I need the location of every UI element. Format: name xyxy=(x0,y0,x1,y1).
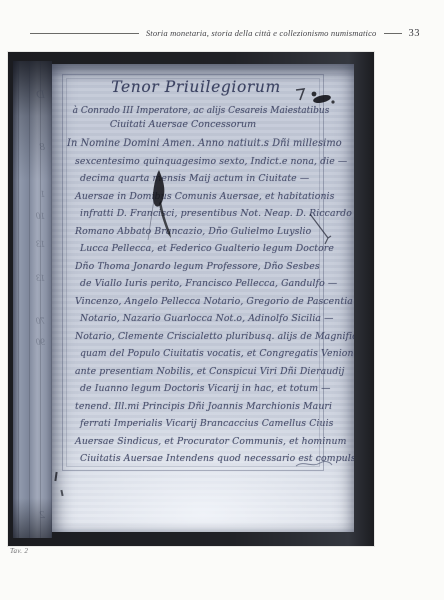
manuscript-line: Notario, Clemente Criscialetto pluribusq… xyxy=(75,328,348,346)
ink-blot-right-icon xyxy=(292,86,344,112)
manuscript-line: Notario, Nazario Guarlocca Not.o, Adinol… xyxy=(80,310,348,328)
plate-caption: Tav. 2 xyxy=(10,547,28,555)
running-header: Storia monetaria, storia della città e c… xyxy=(30,27,420,39)
manuscript-line: Auersae in Domibus Comunis Auersae, et h… xyxy=(75,188,348,206)
manuscript-line: de Iuanno legum Doctoris Vicarij in hac,… xyxy=(80,380,348,398)
manuscript-line: In Nomine Domini Amen. Anno natiuit.s Dñ… xyxy=(67,135,348,153)
gutter-mark: D xyxy=(15,87,45,102)
manuscript-plate-photo: D 8 1 10 13 13 70 90 2 Tenor Priuilegior… xyxy=(8,52,374,546)
gutter-mark: 13 xyxy=(15,239,45,249)
book-binding-strip: D 8 1 10 13 13 70 90 2 xyxy=(13,61,52,538)
manuscript-line: de Viallo Iuris perito, Francisco Pellec… xyxy=(80,275,348,293)
gutter-mark: 70 xyxy=(15,316,45,326)
manuscript-subtitle-2: Ciuitati Auersae Concessorum xyxy=(52,119,314,130)
closing-swash-icon xyxy=(294,456,334,472)
manuscript-paper: Tenor Priuilegiorum à Conrado III Impera… xyxy=(52,64,354,532)
ink-blot-center-icon xyxy=(144,168,178,246)
gutter-mark: 90 xyxy=(15,337,45,347)
ink-dash-mark xyxy=(60,490,63,496)
manuscript-text-block: In Nomine Domini Amen. Anno natiuit.s Dñ… xyxy=(66,135,348,468)
manuscript-line: quam del Populo Ciuitatis vocatis, et Co… xyxy=(80,345,348,363)
manuscript-line: tenend. Ill.mi Principis Dñi Joannis Mar… xyxy=(75,398,348,416)
header-rule-left xyxy=(30,33,139,34)
manuscript-line: ante presentiam Nobilis, et Conspicui Vi… xyxy=(75,363,348,381)
ink-dash-mark xyxy=(54,472,57,481)
header-running-title: Storia monetaria, storia della città e c… xyxy=(146,28,377,38)
header-page-number: 33 xyxy=(409,28,421,39)
gutter-mark: 1 xyxy=(15,189,45,199)
manuscript-line: Dño Thoma Jonardo legum Professore, Dño … xyxy=(75,258,348,276)
gutter-mark: 2 xyxy=(15,509,45,521)
pen-stroke-mark-icon xyxy=(304,212,336,248)
gutter-mark: 13 xyxy=(15,273,45,283)
manuscript-line: decima quarta mensis Maij actum in Ciuit… xyxy=(80,170,348,188)
gutter-mark: 8 xyxy=(15,141,45,153)
manuscript-line: Vincenzo, Angelo Pellecca Notario, Grego… xyxy=(75,293,348,311)
header-rule-right xyxy=(384,33,402,34)
manuscript-line: sexcentesimo quinquagesimo sexto, Indict… xyxy=(75,153,348,171)
manuscript-line: ferrati Imperialis Vicarij Brancaccius C… xyxy=(80,415,348,433)
manuscript-line: Auersae Sindicus, et Procurator Communis… xyxy=(75,433,348,451)
gutter-mark: 10 xyxy=(15,211,45,221)
